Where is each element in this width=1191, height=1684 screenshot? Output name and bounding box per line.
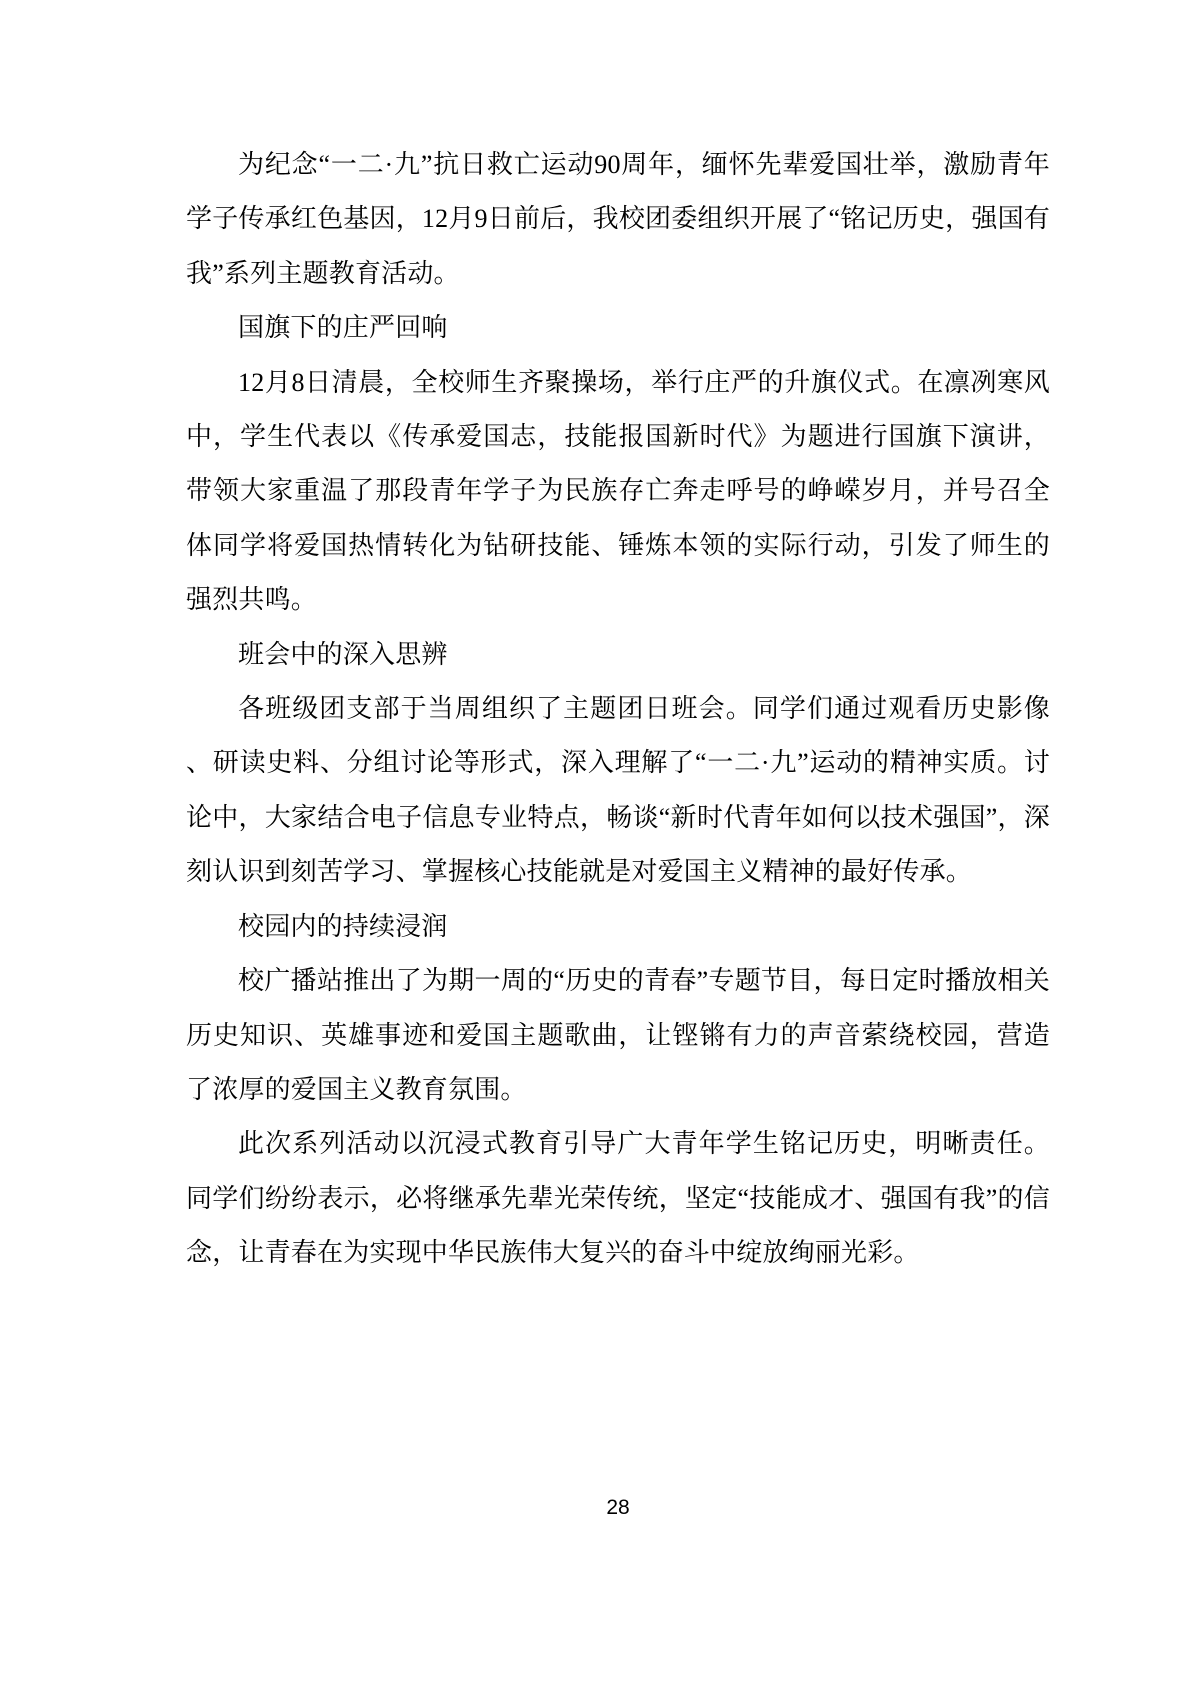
document-body: 为纪念“一二·九”抗日救亡运动90周年，缅怀先辈爱国壮举，激励青年学子传承红色基… [186, 138, 1050, 1281]
body-paragraph: 为纪念“一二·九”抗日救亡运动90周年，缅怀先辈爱国壮举，激励青年学子传承红色基… [186, 138, 1050, 301]
page-number: 28 [186, 1496, 1050, 1520]
section-heading: 校园内的持续浸润 [186, 900, 1050, 954]
body-paragraph: 此次系列活动以沉浸式教育引导广大青年学生铭记历史，明晰责任。同学们纷纷表示，必将… [186, 1117, 1050, 1280]
section-heading: 国旗下的庄严回响 [186, 301, 1050, 355]
section-heading: 班会中的深入思辨 [186, 628, 1050, 682]
body-paragraph: 校广播站推出了为期一周的“历史的青春”专题节目，每日定时播放相关历史知识、英雄事… [186, 954, 1050, 1117]
body-paragraph: 12月8日清晨，全校师生齐聚操场，举行庄严的升旗仪式。在凛冽寒风中，学生代表以《… [186, 356, 1050, 628]
document-page: 为纪念“一二·九”抗日救亡运动90周年，缅怀先辈爱国壮举，激励青年学子传承红色基… [0, 0, 1191, 1684]
body-paragraph: 各班级团支部于当周组织了主题团日班会。同学们通过观看历史影像、研读史料、分组讨论… [186, 682, 1050, 900]
